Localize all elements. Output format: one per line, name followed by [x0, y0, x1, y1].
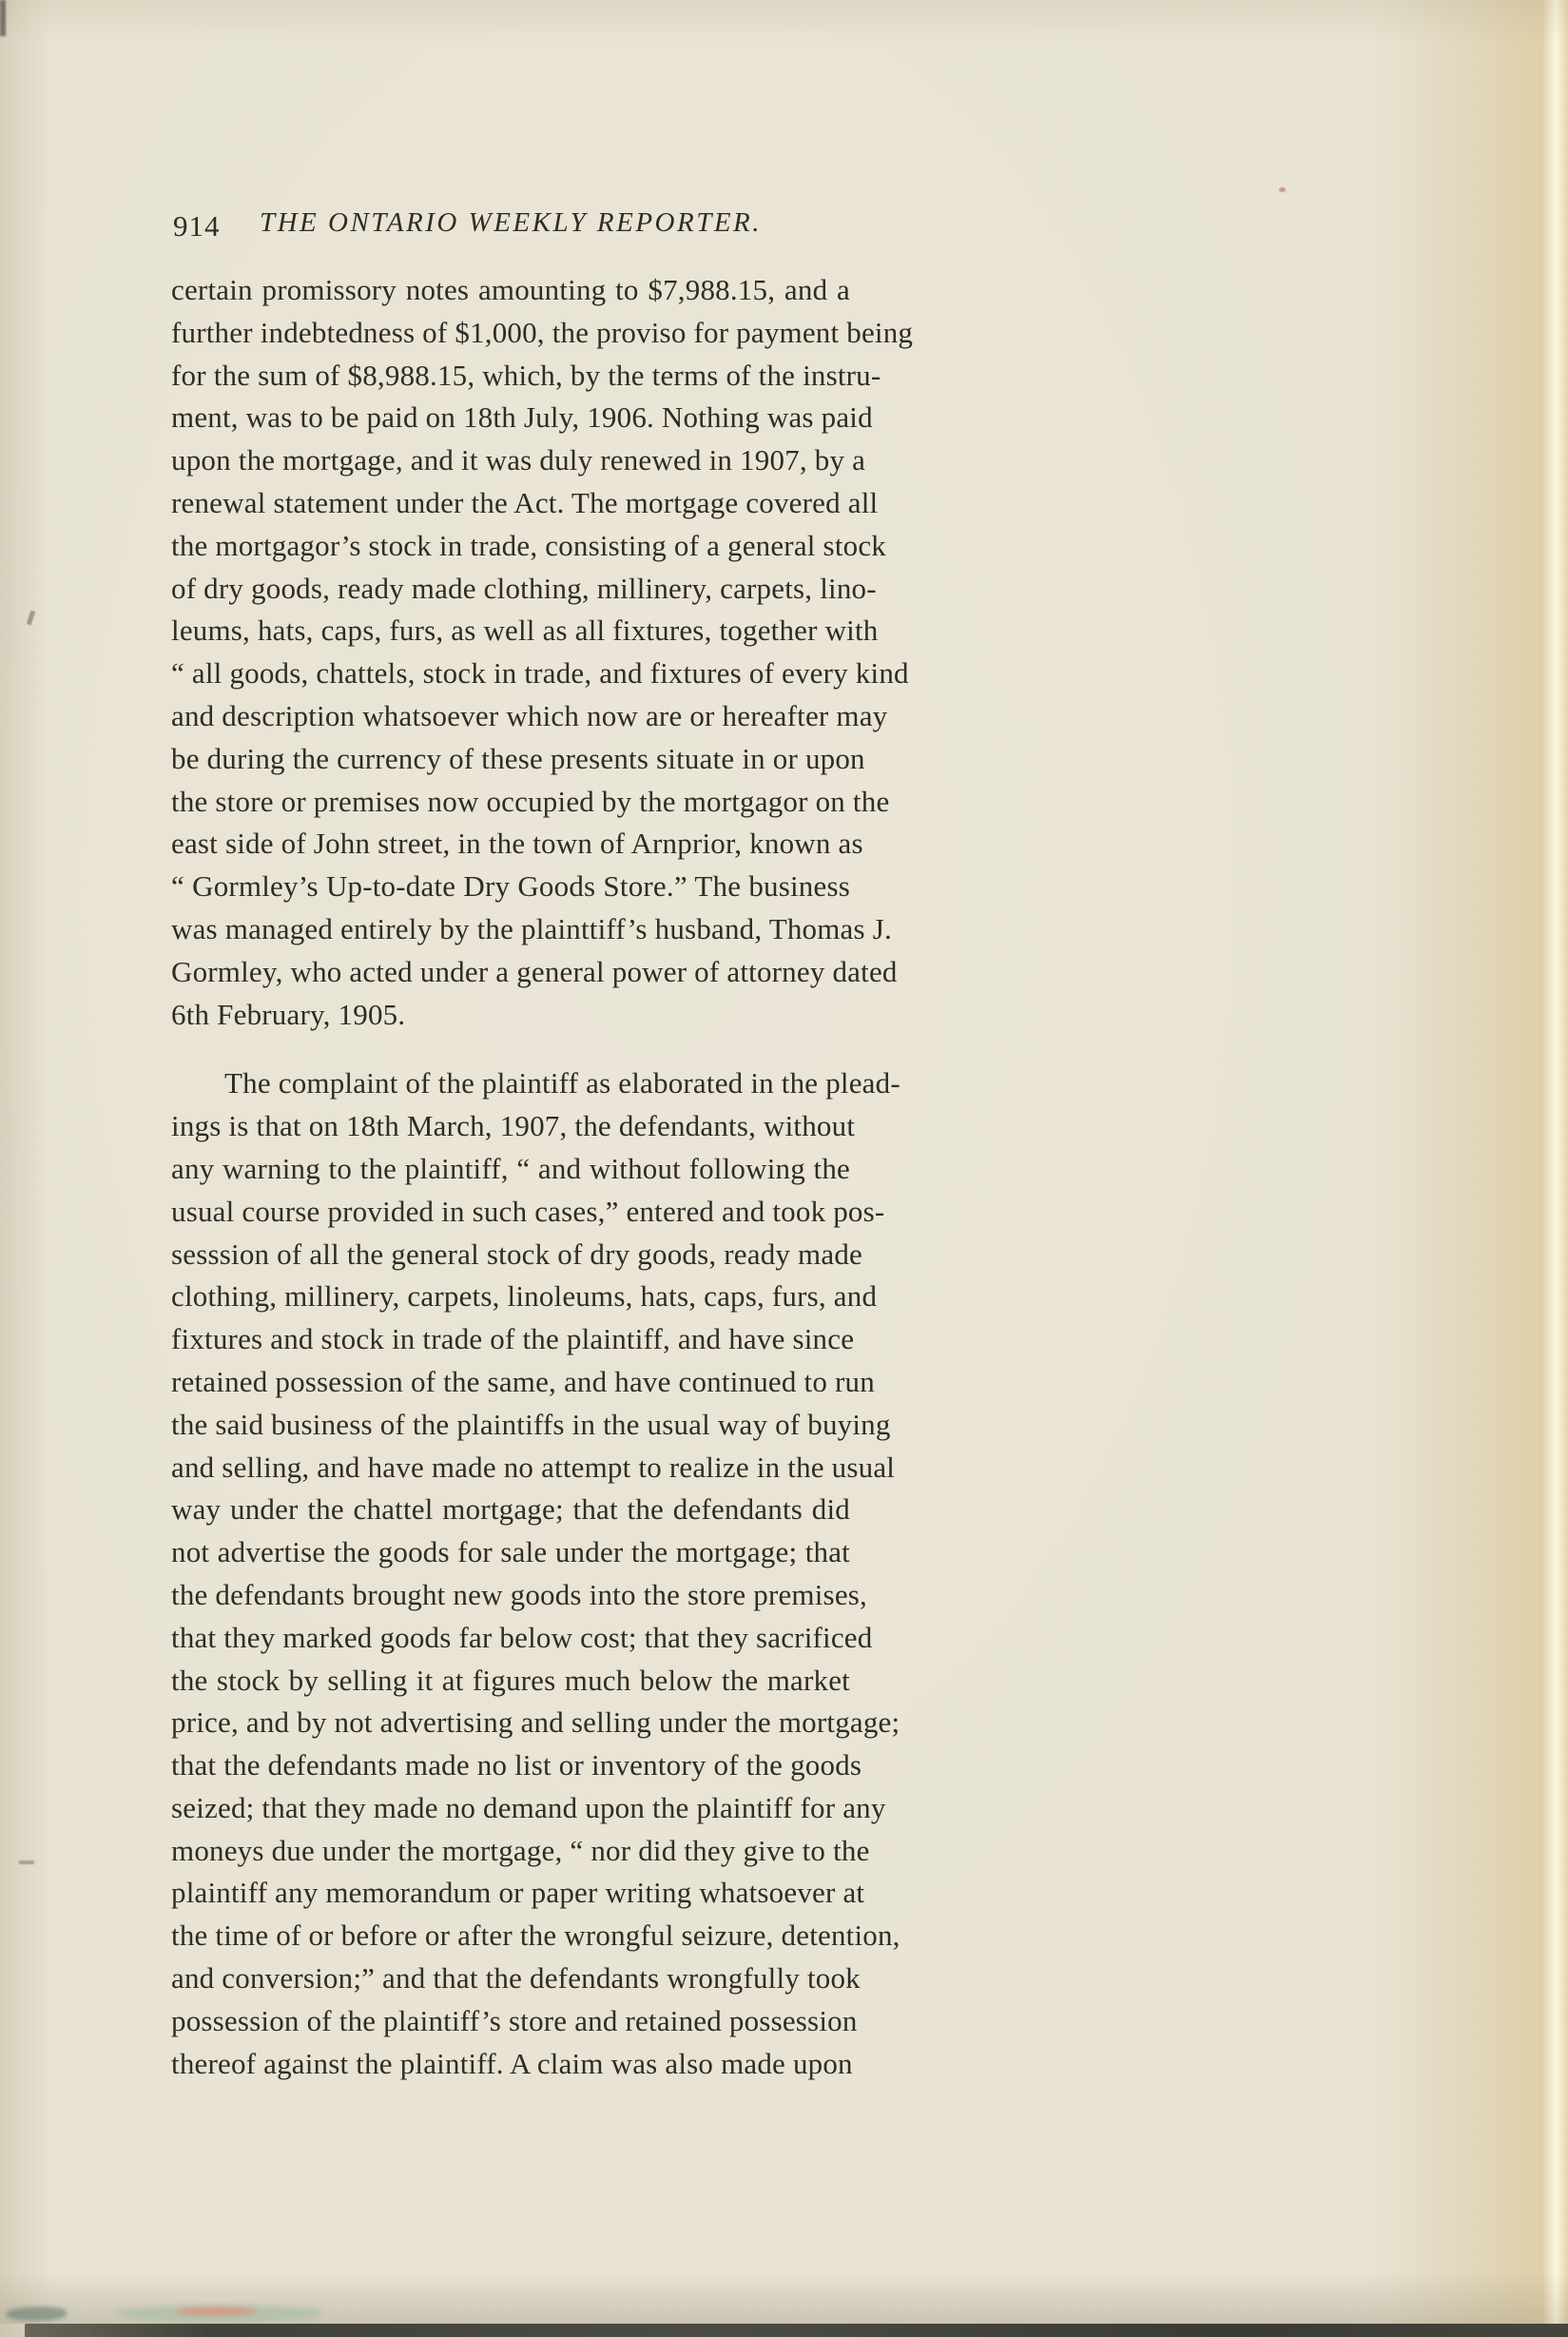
text-line: moneys due under the mortgage, “ nor did… [171, 1830, 850, 1873]
text-line: 6th February, 1905. [171, 994, 850, 1037]
text-line: renewal statement under the Act. The mor… [171, 482, 850, 525]
scan-smudge [114, 2305, 323, 2322]
text-line: was managed entirely by the plainttiff’s… [171, 908, 850, 951]
text-line: the defendants brought new goods into th… [171, 1574, 850, 1617]
running-title: THE ONTARIO WEEKLY REPORTER. [171, 207, 850, 239]
text-line: the time of or before or after the wrong… [171, 1915, 850, 1957]
scan-margin-mark [27, 611, 35, 626]
page-header: 914 THE ONTARIO WEEKLY REPORTER. [171, 207, 850, 245]
paragraph: The complaint of the plaintiff as elabor… [171, 1062, 850, 2085]
text-line: and conversion;” and that the defendants… [171, 1957, 850, 2000]
text-line: not advertise the goods for sale under t… [171, 1531, 850, 1574]
text-line: be during the currency of these presents… [171, 738, 850, 781]
paragraph: certain promissory notes amounting to $7… [171, 269, 850, 1036]
text-line: ment, was to be paid on 18th July, 1906.… [171, 397, 850, 439]
text-line: seized; that they made no demand upon th… [171, 1787, 850, 1830]
text-line: the mortgagor’s stock in trade, consisti… [171, 525, 850, 568]
text-line: “ all goods, chattels, stock in trade, a… [171, 652, 850, 695]
text-line: east side of John street, in the town of… [171, 823, 850, 866]
text-line: way under the chattel mortgage; that the… [171, 1489, 850, 1531]
text-line: and selling, and have made no attempt to… [171, 1447, 850, 1490]
page-body: certain promissory notes amounting to $7… [171, 269, 850, 2085]
text-line: certain promissory notes amounting to $7… [171, 269, 850, 312]
text-line: clothing, millinery, carpets, linoleums,… [171, 1276, 850, 1318]
text-line: price, and by not advertising and sellin… [171, 1702, 850, 1744]
text-line: of dry goods, ready made clothing, milli… [171, 568, 850, 611]
text-line: usual course provided in such cases,” en… [171, 1191, 850, 1234]
text-line: The complaint of the plaintiff as elabor… [171, 1062, 850, 1105]
scanned-book-page: 914 THE ONTARIO WEEKLY REPORTER. certain… [0, 0, 1568, 2337]
text-line: further indebtedness of $1,000, the prov… [171, 312, 850, 355]
scan-fleck [1279, 187, 1286, 192]
text-line: possession of the plaintiff’s store and … [171, 2000, 850, 2043]
text-line: upon the mortgage, and it was duly renew… [171, 439, 850, 482]
text-line: fixtures and stock in trade of the plain… [171, 1318, 850, 1361]
text-line: and description whatsoever which now are… [171, 695, 850, 738]
text-line: for the sum of $8,988.15, which, by the … [171, 355, 850, 398]
text-line: thereof against the plaintiff. A claim w… [171, 2043, 850, 2086]
text-line: any warning to the plaintiff, “ and with… [171, 1148, 850, 1191]
text-line: the store or premises now occupied by th… [171, 781, 850, 824]
scan-smudge [6, 2307, 67, 2321]
text-line: that they marked goods far below cost; t… [171, 1617, 850, 1660]
scan-margin-mark [19, 1860, 34, 1864]
text-line: the said business of the plaintiffs in t… [171, 1404, 850, 1447]
text-line: the stock by selling it at figures much … [171, 1660, 850, 1703]
text-line: retained possession of the same, and hav… [171, 1361, 850, 1404]
scan-bottom-shade [0, 2272, 1568, 2324]
text-line: Gormley, who acted under a general power… [171, 951, 850, 994]
text-line: ings is that on 18th March, 1907, the de… [171, 1105, 850, 1148]
text-line: plaintiff any memorandum or paper writin… [171, 1872, 850, 1915]
text-line: leums, hats, caps, furs, as well as all … [171, 610, 850, 652]
scan-smudge [176, 2307, 257, 2316]
scan-corner-mark [0, 0, 6, 36]
text-line: “ Gormley’s Up-to-date Dry Goods Store.”… [171, 866, 850, 908]
text-line: sesssion of all the general stock of dry… [171, 1234, 850, 1276]
scan-edge-band [25, 2324, 1568, 2337]
text-line: that the defendants made no list or inve… [171, 1744, 850, 1787]
